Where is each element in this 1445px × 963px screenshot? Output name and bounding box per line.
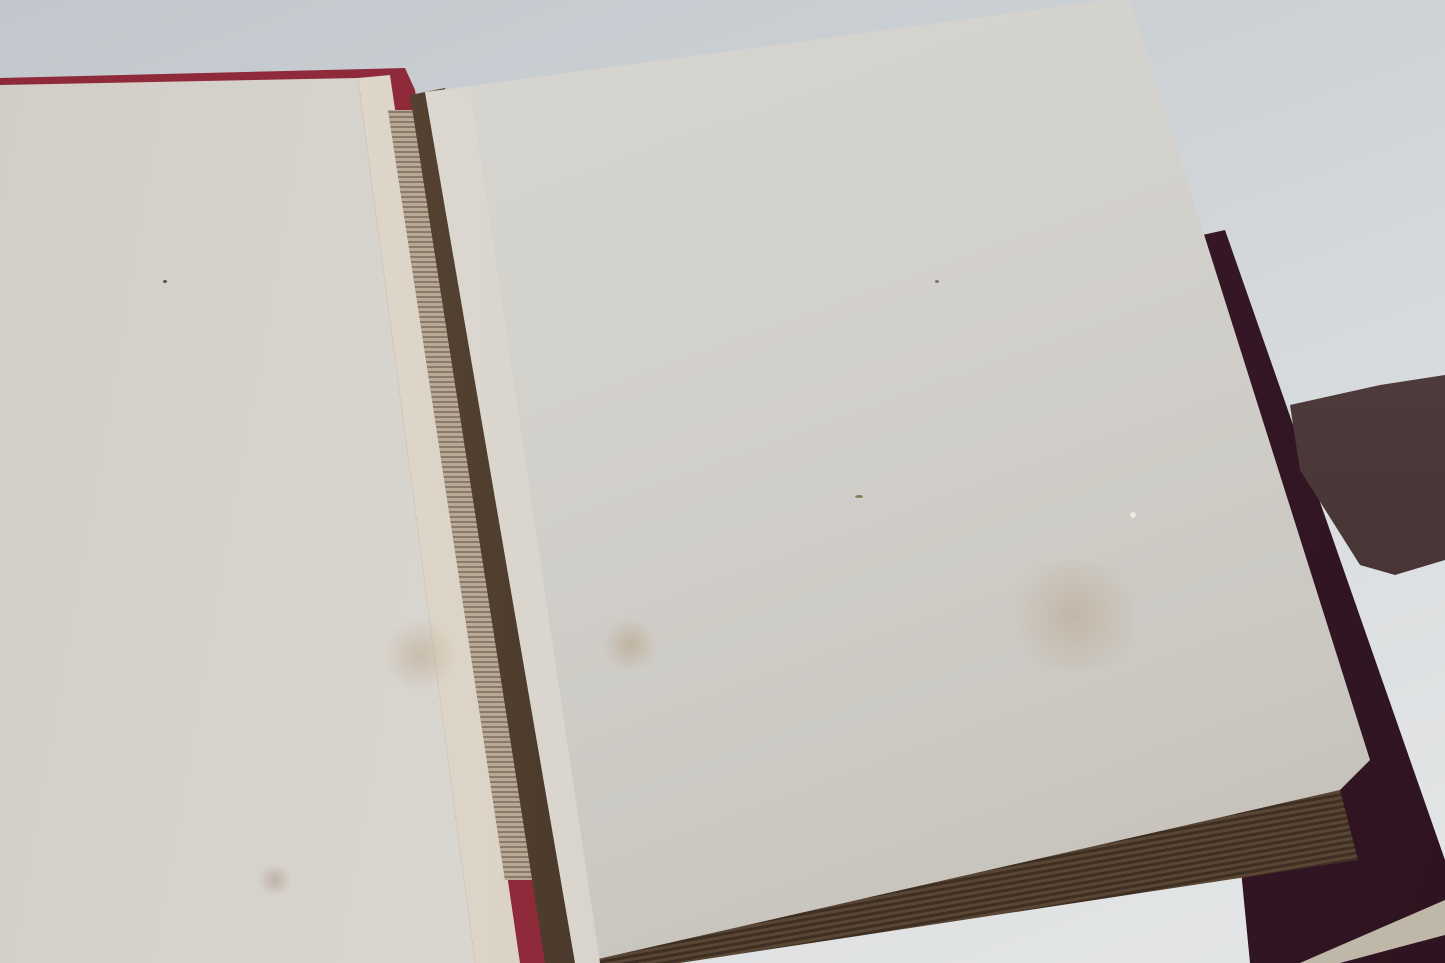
foxing-cluster (380, 620, 460, 690)
foxing-cluster (600, 620, 660, 670)
photo-scene (0, 0, 1445, 963)
foxing-cluster (255, 865, 295, 895)
foxing-spot (1130, 512, 1136, 518)
foxing-spot (855, 495, 863, 498)
foxing-spot (935, 280, 939, 283)
foxing-spot (163, 280, 167, 283)
foxing-cluster (1000, 560, 1150, 670)
